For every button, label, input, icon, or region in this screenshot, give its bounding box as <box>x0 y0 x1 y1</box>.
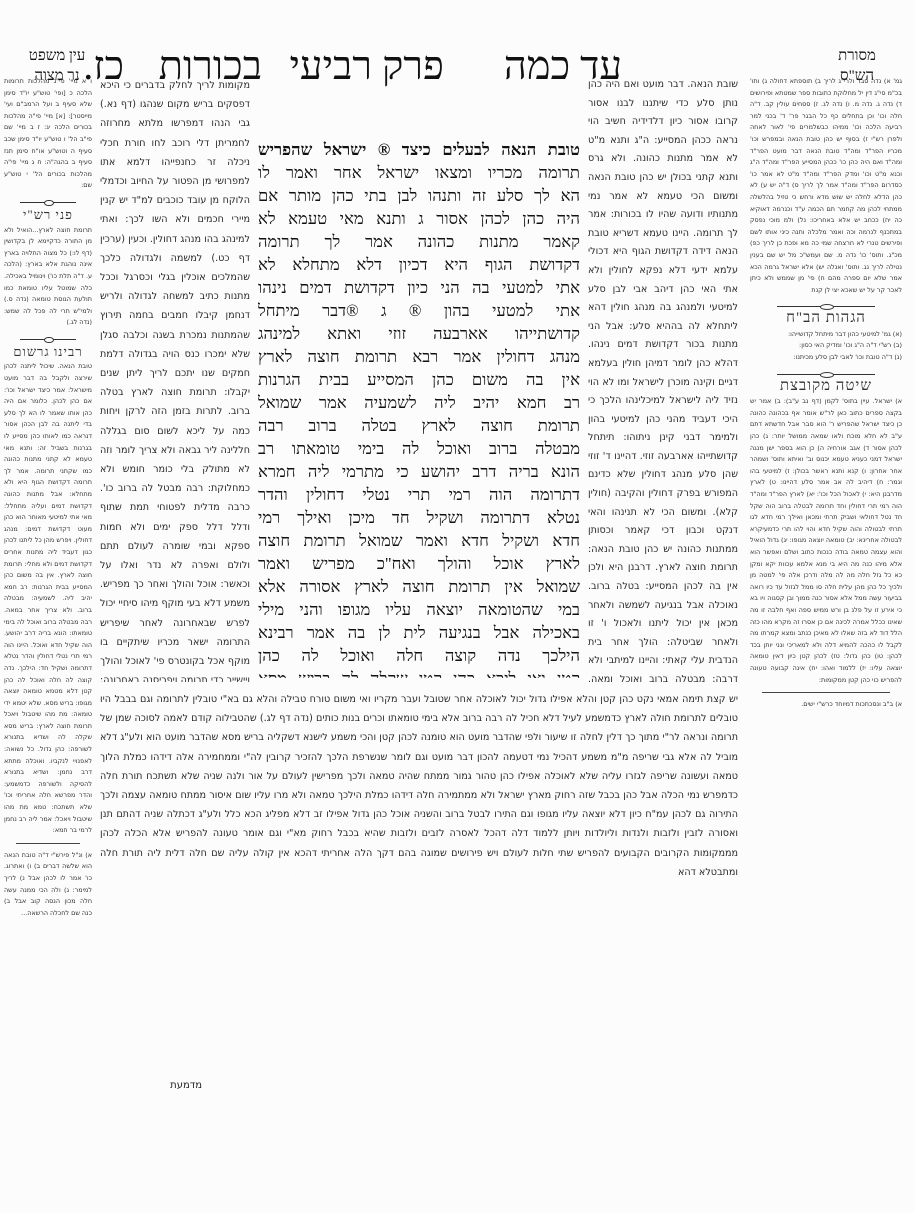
left-margin-column: ו א מיי' פי"ג מהלכות תרומות הלכה כ [ופי'… <box>4 76 92 1106</box>
bach-note: (ג) ד"ה טובת וכו' לאבי לבן סלע מכיתנו: <box>750 352 902 364</box>
footnote-rule <box>16 843 80 844</box>
gemara-line: טובת הנאה לבעלים כיצד ® ישראל שהפריש <box>258 138 580 161</box>
penei-rashi-title: פני רש"י <box>4 209 92 221</box>
penei-rashi-text: תרומת חוצה לארץ...הואיל ולא מן התורה כדק… <box>4 225 92 329</box>
gemara-line: היה כהן לכהן אסור ג ותנא מאי טעמא לא <box>258 207 580 230</box>
masoret-hashas-text: גמ' א) נדה סבר ולרי"ג לריך ב) תוספתא דחו… <box>750 76 902 296</box>
gemara-line: תרומה מכריו ומצאו ישראל אחר ואמר לו <box>258 161 580 184</box>
tosafot-commentary: מקומות לריך לחלק בדברים כי היכא דפסקים ב… <box>100 76 250 682</box>
rabbeinu-gershom-title: רבינו גרשום <box>4 346 92 358</box>
gemara-line: אתי למטעי בה הני כיון דקדושת דמים נינהו <box>258 276 580 299</box>
gemara-line: דקדושת הגוף היא דכיון דלא מתחלא לא <box>258 253 580 276</box>
gemara-line: שמואל אין תרומת חוצה לארץ אסורה אלא <box>258 575 580 598</box>
gemara-line: נטלא דתרומה ושקיל חד מיכן ואילך רמי <box>258 506 580 529</box>
right-margin-footnote: א) ב"ב ונסכתכות דמיוחד כרש"י ישים. <box>750 699 902 711</box>
ornament-divider <box>4 335 92 344</box>
gemara-line: קטן ואי ליכא כהן קטן שקלה לה בריש מסא <box>258 667 580 678</box>
bach-note: (א) גמ' למיטעי כהון דבר מיתחל קדושייהו: <box>750 329 902 341</box>
ornament-divider <box>750 370 902 379</box>
right-margin-column: גמ' א) נדה סבר ולרי"ג לריך ב) תוספתא דחו… <box>750 76 902 1076</box>
chapter-number: פרק רביעי <box>289 46 444 86</box>
footnote-rule <box>762 692 890 693</box>
gemara-line: דתרומה הוה רמי תרי נטלי דחולין והדר <box>258 483 580 506</box>
gemara-line: מנהג דחולין אמר רבא תרומת חוצה לארץ <box>258 345 580 368</box>
talmud-page: מסורת הש"ס עד כמה פרק רביעי בכורות כז. ע… <box>0 0 914 1213</box>
rabbeinu-gershom-text: טובת הנאה. שיכול ליתנה לכהן שירצה ולקבל … <box>4 361 92 836</box>
hagahot-habach-title: הגהות הב"ח <box>750 313 902 325</box>
gemara-line: באכילה אבל בנגיעה לית לן בה אמר רבינא <box>258 621 580 644</box>
hagahot-habach-list: (א) גמ' למיטעי כהון דבר מיתחל קדושייהו: … <box>750 329 902 364</box>
shita-mekubetzet-title: שיטה מקובצת <box>750 381 902 393</box>
gemara-line: לארץ אוכל והולך ואח"כ מפריש ואמר <box>258 552 580 575</box>
shita-mekubetzet-text: א) ישראל. עיין בתוס' לקמן (דף נב ע"ב): ב… <box>750 396 902 686</box>
gemara-line: קדושתייהו אארבעה זוזי ואתא למינהג <box>258 322 580 345</box>
left-margin-footnotes: א) ונ"ל פירש"י ד"ה טובת הנאה הוא שלשה דב… <box>4 850 92 920</box>
gemara-line: הילכך נדה קוצה חלה ואוכל לה כהן <box>258 644 580 667</box>
rashi-commentary: שובת הנאה. דבר מועט ואם היה כהן נותן סלע… <box>588 76 738 682</box>
ornament-divider <box>4 198 92 207</box>
tosafot-continuation: יש קצת תימה אמאי נקט כהן קטן והלא אפילו … <box>100 690 738 1110</box>
gemara-text: טובת הנאה לבעלים כיצד ® ישראל שהפריש תרו… <box>258 138 580 678</box>
gemara-line: קאמר מתנות כהונה אמר לך תרומה <box>258 230 580 253</box>
gemara-line: מבטלה ברוב ואוכל לה בימי טומאתו רב <box>258 437 580 460</box>
tosafot-catchword: מדמעת <box>170 1080 202 1091</box>
gemara-line: הא לך סלע זה ותנהו לבן בתי כהן מותר אם <box>258 184 580 207</box>
gemara-line: אתי למטעי בהון ® ג ®דבר מיתחל <box>258 299 580 322</box>
gemara-line: תרומת חוצה לארץ בטלה ברוב רבה <box>258 414 580 437</box>
gemara-line: במי שהטומאה יוצאה עליו מגופו והני מילי <box>258 598 580 621</box>
gemara-line: הונא בריה דרב יהושע כי מתרמי ליה חמרא <box>258 460 580 483</box>
gemara-line: רב חמא יהיב ליה לשמעיה אמר שמואל <box>258 391 580 414</box>
gemara-line: חדא ושקיל חדא ואמר שמואל תרומת חוצה <box>258 529 580 552</box>
ein-mishpat-text: ו א מיי' פי"ג מהלכות תרומות הלכה כ [ופי'… <box>4 76 92 192</box>
ornament-divider <box>750 302 902 311</box>
bach-note: (ב) רש"י ד"ה ה"ג וכו' ומדיק האי כסון: <box>750 340 902 352</box>
gemara-line: אין בה משום כהן המסייע בבית הגרנות <box>258 368 580 391</box>
